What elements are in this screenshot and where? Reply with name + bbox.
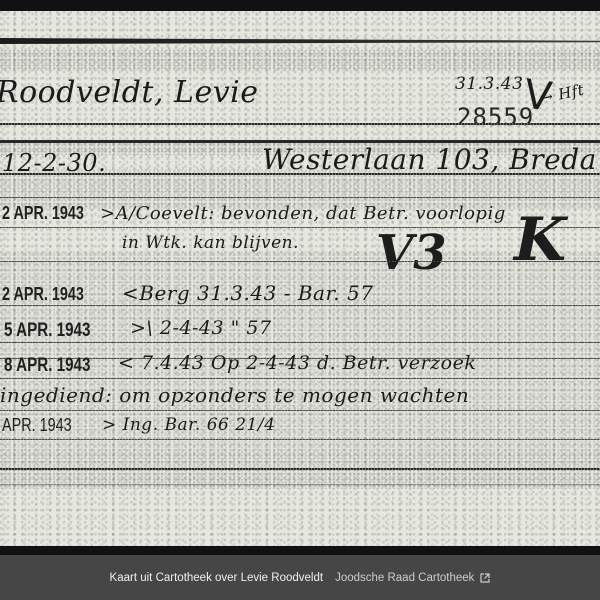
card-rule xyxy=(0,173,600,175)
card-rule xyxy=(0,468,600,470)
registration-date: 31.3.43 xyxy=(455,74,523,94)
index-card-scan[interactable]: Roodveldt, Levie 31.3.43 28559 → Hft V 1… xyxy=(0,11,600,546)
card-top-edge xyxy=(0,38,600,44)
entry-text: < 7.4.43 Op 2-4-43 d. Betr. verzoek xyxy=(118,352,476,374)
card-rule xyxy=(0,342,600,343)
caption-title: Kaart uit Cartotheek over Levie Roodveld… xyxy=(110,572,324,584)
date-stamp: 2 APR. 1943 xyxy=(2,284,84,305)
card-rule xyxy=(0,484,600,485)
entry-text: in Wtk. kan blijven. xyxy=(122,233,299,253)
check-mark-icon: V xyxy=(521,71,555,120)
card-rule xyxy=(0,305,600,306)
document-viewer: Roodveldt, Levie 31.3.43 28559 → Hft V 1… xyxy=(0,0,600,555)
margin-mark-k: K xyxy=(514,205,566,275)
source-link-label: Joodsche Raad Cartotheek xyxy=(335,572,474,584)
date-stamp: APR. 1943 xyxy=(2,415,72,436)
source-link[interactable]: Joodsche Raad Cartotheek xyxy=(335,572,490,584)
entry-text: >\ 2-4-43 " 57 xyxy=(130,317,272,339)
external-link-icon xyxy=(480,573,490,583)
entry-text: > Ing. Bar. 66 21/4 xyxy=(102,415,275,435)
card-rule xyxy=(0,261,600,262)
margin-mark-v3: V3 xyxy=(376,225,447,281)
card-rule xyxy=(0,410,600,411)
card-rule xyxy=(0,378,600,379)
entry-text: >A/Coevelt: bevonden, dat Betr. voorlopi… xyxy=(100,203,506,224)
card-rule xyxy=(0,227,600,228)
date-stamp: 2 APR. 1943 xyxy=(2,203,84,224)
date-stamp: 5 APR. 1943 xyxy=(4,320,90,342)
date-stamp: 8 APR. 1943 xyxy=(4,355,90,377)
person-name: Roodveldt, Levie xyxy=(0,75,259,110)
card-rule xyxy=(0,123,600,125)
caption-bar: Kaart uit Cartotheek over Levie Roodveld… xyxy=(0,555,600,600)
card-rule xyxy=(0,439,600,440)
entry-text: <Berg 31.3.43 - Bar. 57 xyxy=(122,281,373,305)
address: Westerlaan 103, Breda xyxy=(262,143,597,176)
scan-noise xyxy=(0,49,600,71)
entry-text: ingediend: om opzonders te mogen wachten xyxy=(0,383,469,407)
card-rule xyxy=(0,197,600,198)
